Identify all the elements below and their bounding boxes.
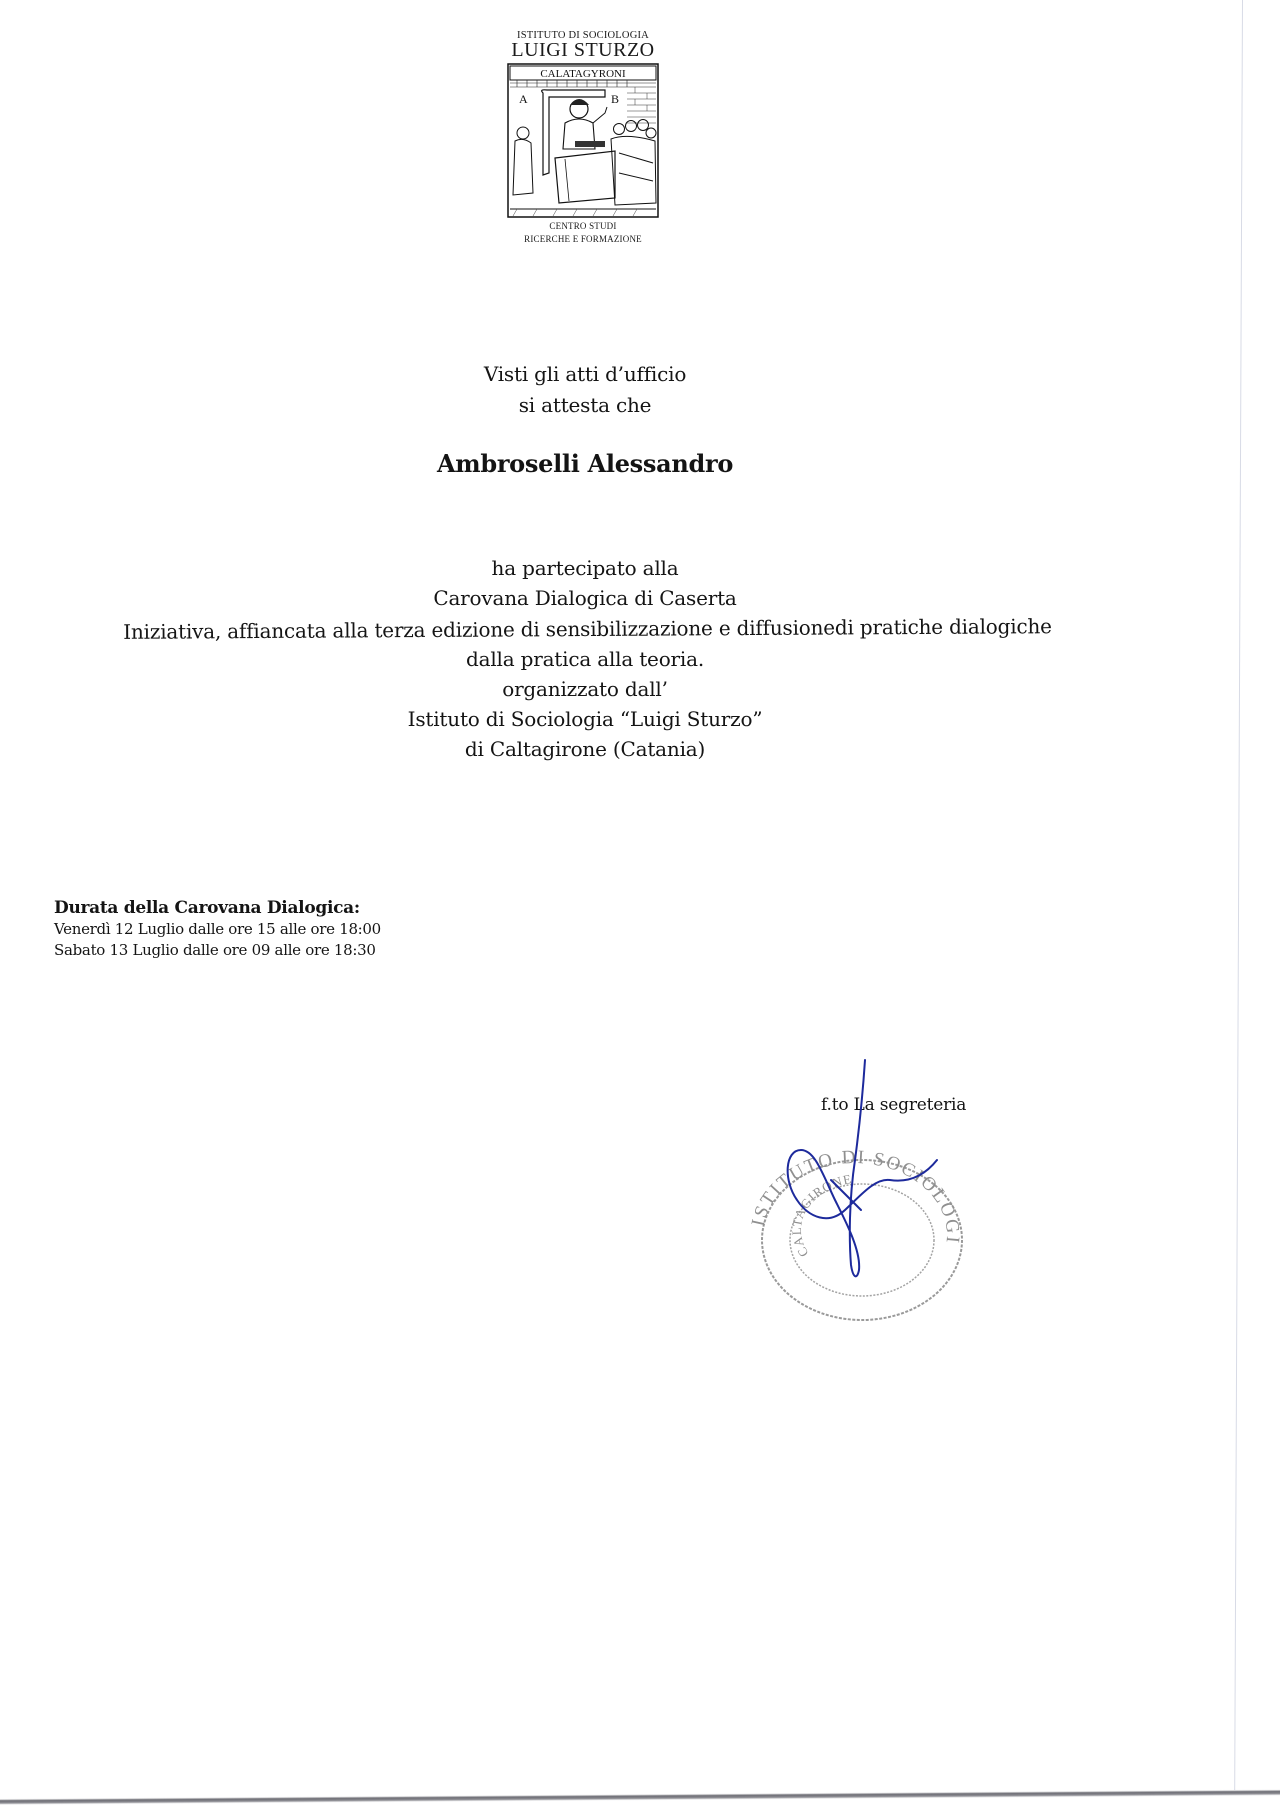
recipient-name: Ambroselli Alessandro [0,449,1170,478]
intro-line-2: si attesta che [0,393,1170,417]
body-line-3: Iniziativa, affiancata alla terza edizio… [0,613,1175,644]
handwritten-signature-icon [745,1050,995,1330]
body-line-4: dalla pratica alla teoria. [0,647,1170,671]
signature-block: ISTITUTO DI SOCIOLOGIA LUIGI STURZO CALT… [745,1050,995,1330]
certificate-page: ISTITUTO DI SOCIOLOGIA LUIGI STURZO CALA… [0,0,1280,1811]
scan-edge-bottom [0,1790,1280,1804]
body-line-2: Carovana Dialogica di Caserta [0,586,1170,610]
scan-margin [0,1803,1280,1811]
body-line-5: organizzato dall’ [0,677,1170,701]
body-line-6: Istituto di Sociologia “Luigi Sturzo” [0,707,1170,731]
logo-letter-b: B [611,92,619,106]
scan-edge-right [1234,0,1243,1790]
logo-letter-a: A [519,92,528,106]
intro-line-1: Visti gli atti d’ufficio [0,362,1170,386]
woodcut-illustration-icon: CALATAGYRONI A B [507,63,659,218]
body-line-1: ha partecipato alla [0,556,1170,580]
logo-subtitle-2: RICERCHE E FORMAZIONE [498,234,668,244]
institute-logo: ISTITUTO DI SOCIOLOGIA LUIGI STURZO CALA… [498,30,668,244]
duration-section: Durata della Carovana Dialogica: Venerdì… [54,898,381,961]
body-line-7: di Caltagirone (Catania) [0,737,1170,761]
duration-session-1: Venerdì 12 Luglio dalle ore 15 alle ore … [54,919,381,940]
duration-session-2: Sabato 13 Luglio dalle ore 09 alle ore 1… [54,940,381,961]
logo-subtitle-1: CENTRO STUDI [498,221,668,231]
logo-banner-text: CALATAGYRONI [540,68,626,80]
logo-name-line: LUIGI STURZO [498,41,668,60]
duration-title: Durata della Carovana Dialogica: [54,898,381,919]
